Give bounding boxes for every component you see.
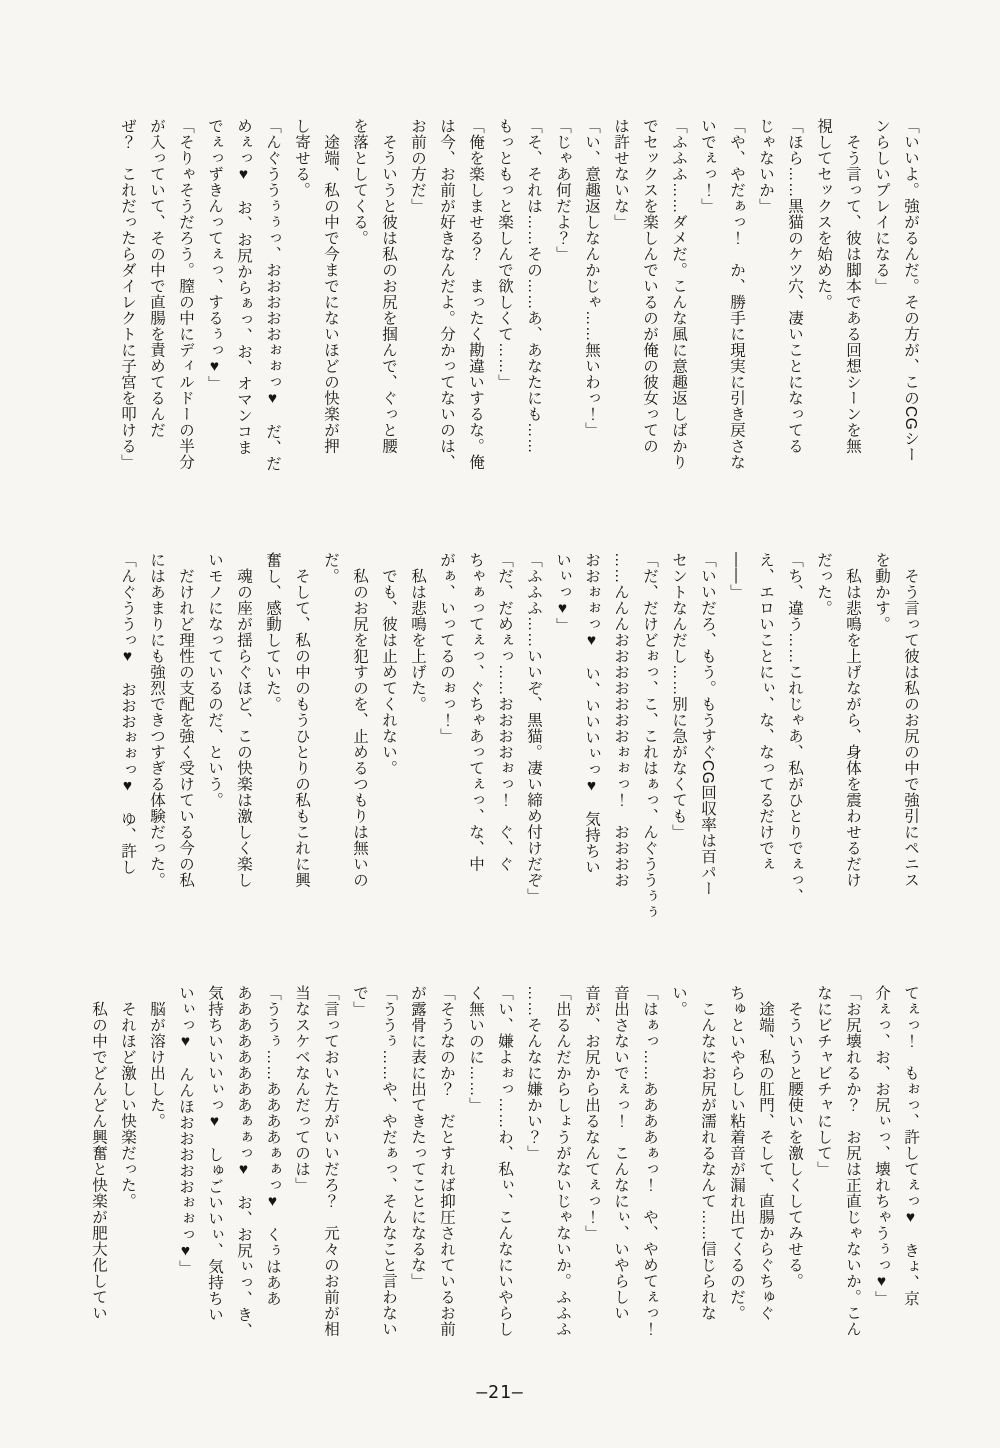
text-column: ……そんなに嫌かい？」 (519, 985, 548, 1419)
text-column: 途端、私の肛門、そして、直腸からぐちゅぐ (751, 985, 780, 1419)
text-column: は今、お前が好きなんだよ。分かってないのは、 (432, 118, 461, 552)
text-column: 「い、意趣返しなんかじゃ……無いわっ！」 (577, 118, 606, 552)
text-column: が露骨に表に出てきたってことになるな」 (403, 985, 432, 1419)
text-column: だった。 (809, 552, 838, 986)
text-column: 「ほら……黒猫のケツ穴、凄いことになってる (780, 118, 809, 552)
text-column: を落としてくる。 (345, 118, 374, 552)
text-column: い。 (664, 985, 693, 1419)
text-column: 脳が溶け出した。 (142, 985, 171, 1419)
text-column: 「お尻壊れるか？ お尻は正直じゃないか。こん (838, 985, 867, 1419)
text-column: 「んぐううっ♥ おおおぉぉっ♥ ゆ、許し (113, 552, 142, 986)
text-column: 「そりゃそうだろう。膣の中にディルドーの半分 (171, 118, 200, 552)
text-column: にはあまりにも強烈できつすぎる体験だった。 (142, 552, 171, 986)
text-column: 「出るんだからしょうがないじゃないか。ふふふ (548, 985, 577, 1419)
text-column: ンらしいプレイになる」 (867, 118, 896, 552)
text-column: 「そうなのか？ だとすれば抑圧されているお前 (432, 985, 461, 1419)
text-column: え、エロいことにぃ、な、なってるだけでぇ (751, 552, 780, 986)
text-column: だ。 (316, 552, 345, 986)
text-column: 「ち、違う……これじゃあ、私がひとりでぇっ、 (780, 552, 809, 986)
text-column: 気持ちいいいぃっ♥ しゅごいいぃ、気持ちい (200, 985, 229, 1419)
text-column: がぁ、いってるのぉっ！」 (432, 552, 461, 986)
text-column: 「ううぅ……や、やだぁっ、そんなこと言わない (374, 985, 403, 1419)
text-column: 介ぇっ、お、お尻ぃっ、壊れちゃうぅっ♥」 (867, 985, 896, 1419)
text-column: 「や、やだぁっ！ か、勝手に現実に引き戻さな (722, 118, 751, 552)
text-column: てぇっ！ もぉっ、許してぇっ♥ きょ、京 (896, 985, 925, 1419)
text-column: 「ふふふ……いいぞ、黒猫。凄い締め付けだぞ」 (519, 552, 548, 986)
text-column: 「い、嫌よぉっ……わ、私ぃ、こんなにいやらし (490, 985, 519, 1419)
text-column: 「いいよ。強がるんだ。その方が、このCGシー (896, 118, 925, 552)
text-column: そう言って彼は私のお尻の中で強引にペニス (896, 552, 925, 986)
text-column: そして、私の中のもうひとりの私もこれに興 (287, 552, 316, 986)
text-column: 「ふふふ……ダメだ。こんな風に意趣返しばかり (664, 118, 693, 552)
text-band-top: 「いいよ。強がるんだ。その方が、このCGシーンらしいプレイになる」 そう言って、… (113, 118, 925, 552)
text-column: 私の中でどんどん興奮と快楽が肥大化してい (84, 985, 113, 1419)
text-column: 「ううぅ……ああああぁぁっ♥ くぅはああ (258, 985, 287, 1419)
text-column: 当なスケベなんだってのは」 (287, 985, 316, 1419)
text-column: そういうと彼は私のお尻を掴んで、ぐっと腰 (374, 118, 403, 552)
text-column: 「いいだろ、もう。もうすぐCG回収率は百パー (693, 552, 722, 986)
text-column: 「言っておいた方がいいだろ？ 元々のお前が相 (316, 985, 345, 1419)
text-column: だけれど理性の支配を強く受けている今の私 (171, 552, 200, 986)
text-column: 視してセックスを始めた。 (809, 118, 838, 552)
text-column: 魂の座が揺らぐほど、この快楽は激しく楽し (229, 552, 258, 986)
text-column: なにビチャビチャにして」 (809, 985, 838, 1419)
text-column: もっともっと楽しんで欲しくて……」 (490, 118, 519, 552)
text-column: そう言って、彼は脚本である回想シーンを無 (838, 118, 867, 552)
text-column: 「はぁっ……ああああぁっ！ や、やめてぇっ！ (635, 985, 664, 1419)
text-column: 私は悲鳴を上げた。 (403, 552, 432, 986)
text-column: が入っていて、その中で直腸を責めてるんだ (142, 118, 171, 552)
text-column: でセックスを楽しんでいるのが俺の彼女っての (635, 118, 664, 552)
text-column: 「そ、それは……その……あ、あなたにも…… (519, 118, 548, 552)
text-column: いぃっ♥」 (548, 552, 577, 986)
text-column: 音出さないでぇっ！ こんなにぃ、いやらしい (606, 985, 635, 1419)
text-column: おおぉぉっ♥ い、いいいぃっ♥ 気持ちい (577, 552, 606, 986)
text-band-bottom: てぇっ！ もぉっ、許してぇっ♥ きょ、京介ぇっ、お、お尻ぃっ、壊れちゃうぅっ♥」… (84, 985, 925, 1419)
text-column: 途端、私の中で今までにないほどの快楽が押 (316, 118, 345, 552)
text-column: ……んんんおおおおおおおぉぉっ！ おおおお (606, 552, 635, 986)
text-column: セントなんだし……別に急がなくても」 (664, 552, 693, 986)
text-column: でも、彼は止めてくれない。 (374, 552, 403, 986)
text-column: それほど激しい快楽だった。 (113, 985, 142, 1419)
text-column: で」 (345, 985, 374, 1419)
text-column: 「だ、だめぇっ……おおおおぉっ！ ぐ、ぐ (490, 552, 519, 986)
text-column: でぇっずきんってぇっ、するぅっ♥」 (200, 118, 229, 552)
text-column: 私のお尻を犯すのを、止めるつもりは無いの (345, 552, 374, 986)
text-column: そういうと腰使いを激しくしてみせる。 (780, 985, 809, 1419)
text-column: じゃないか」 (751, 118, 780, 552)
text-column: ああああああああぁぁっ♥ お、お尻ぃっ、き、 (229, 985, 258, 1419)
text-column: 音が、お尻から出るなんてぇっ！」 (577, 985, 606, 1419)
text-column: は許せないな」 (606, 118, 635, 552)
text-column: こんなにお尻が濡れるなんて……信じられな (693, 985, 722, 1419)
text-column: を動かす。 (867, 552, 896, 986)
text-column: 「俺を楽しませる？ まったく勘違いするな。俺 (461, 118, 490, 552)
scanned-novel-page: 「いいよ。強がるんだ。その方が、このCGシーンらしいプレイになる」 そう言って、… (0, 0, 1000, 1448)
text-column: めぇっ♥ お、お尻からぁっ、お、オマンコま (229, 118, 258, 552)
text-band-middle: そう言って彼は私のお尻の中で強引にペニスを動かす。 私は悲鳴を上げながら、身体を… (113, 552, 925, 986)
text-column: 奮し、感動していた。 (258, 552, 287, 986)
text-column: いぃっ♥ んんほおおおおおぉぉっ♥」 (171, 985, 200, 1419)
text-column: お前の方だ」 (403, 118, 432, 552)
text-column: 「じゃあ何だよ？」 (548, 118, 577, 552)
text-column: いでぇっ！」 (693, 118, 722, 552)
text-column: 「だ、だけどぉっ、こ、これはぁっ、んぐううぅぅ (635, 552, 664, 986)
text-column: ちゅといやらしい粘着音が漏れ出てくるのだ。 (722, 985, 751, 1419)
text-column: 「んぐううぅぅっ、おおおおおぉぉっ♥ だ、だ (258, 118, 287, 552)
text-column: し寄せる。 (287, 118, 316, 552)
text-column: ――」 (722, 552, 751, 986)
page-number: —21— (0, 1382, 1000, 1403)
text-column: いモノになっているのだ、という。 (200, 552, 229, 986)
text-column: ちゃぁってぇっ、ぐちゃあってぇっ、な、中 (461, 552, 490, 986)
text-column: 私は悲鳴を上げながら、身体を震わせるだけ (838, 552, 867, 986)
text-column: ぜ？ これだったらダイレクトに子宮を叩ける」 (113, 118, 142, 552)
text-column: く無いのに……」 (461, 985, 490, 1419)
